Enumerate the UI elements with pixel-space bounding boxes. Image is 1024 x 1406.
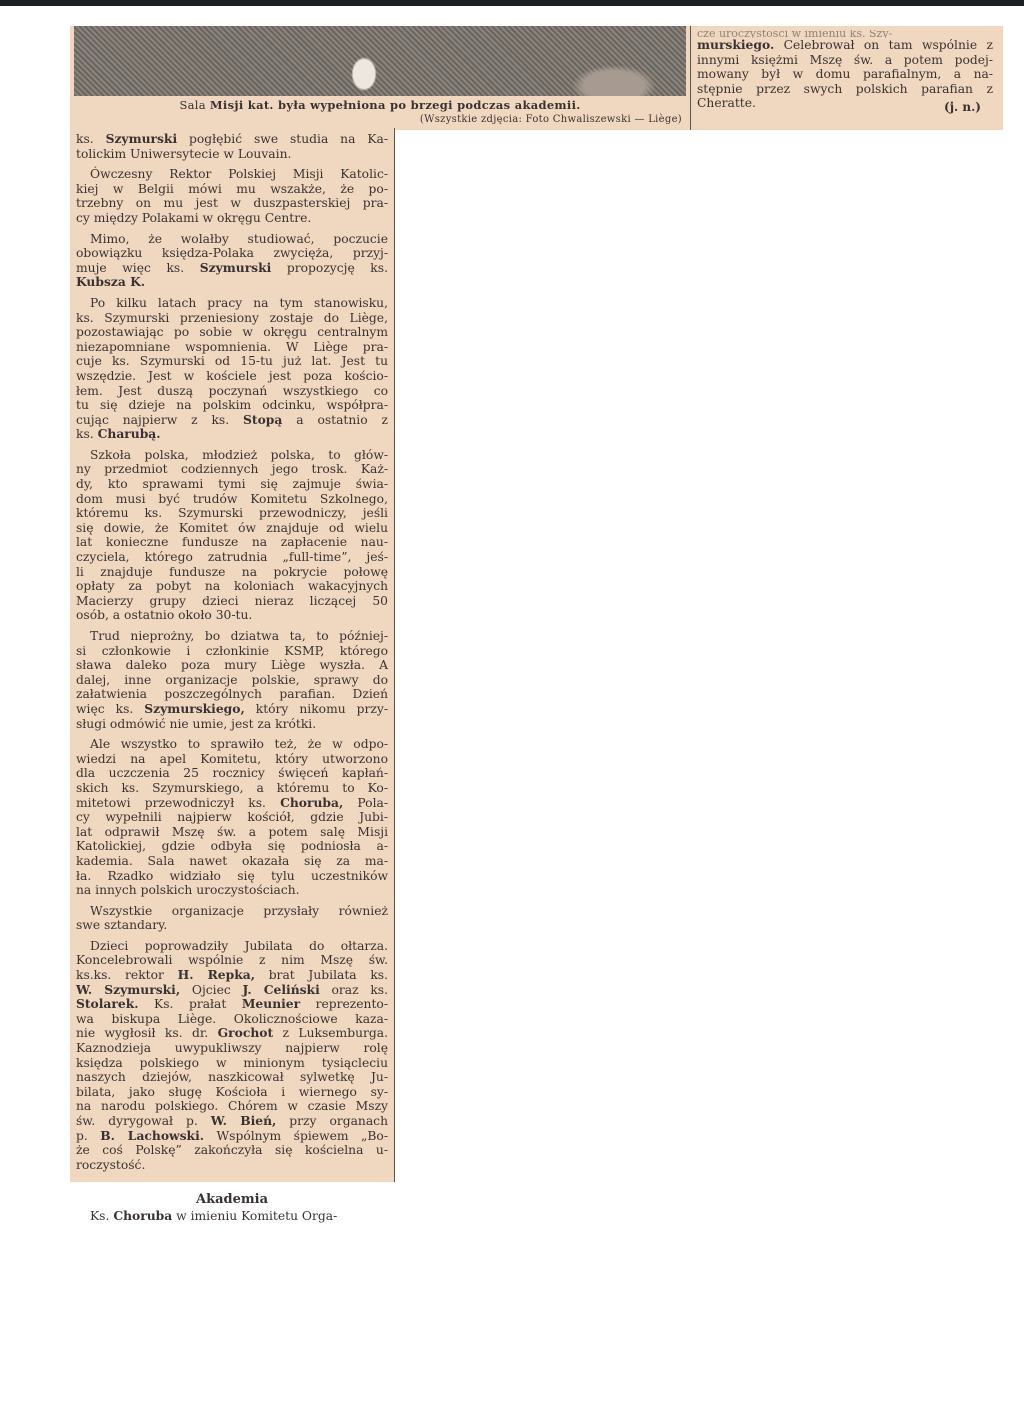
paragraph: Szkoła polska, młodzież polska, to głów-… [76,448,388,623]
text-line: innymi księżmi Mszę św. a potem podej- [697,53,993,68]
text-line: wszędzie. Jest w kościele jest poza kośc… [76,369,388,384]
text-line: si członkowie i członkinie KSMP, którego [76,644,388,659]
text-line: księdza polskiego w minionym tysiącleciu [76,1056,388,1071]
paragraph: ks. Szymurski pogłębić swe studia na Ka-… [76,132,388,161]
text-line: sława daleko poza mury Liège wyszła. A [76,658,388,673]
scanner-edge [0,0,1024,6]
text-line: mowany był w domu parafialnym, a na- [697,67,993,82]
section-heading: Akademia [76,1192,388,1207]
text-line: niezapomniane wspomnienia. W Liège pra- [76,340,388,355]
text-line: Szkoła polska, młodzież polska, to głów- [76,448,388,463]
right-column-clipping: cze uroczystości w imieniu ks. Szy- murs… [690,26,1003,130]
text-line: Katolickiej, gdzie odbyła się podniosła … [76,839,388,854]
paragraph: Trud nieprożny, bo dziatwa ta, to późnie… [76,629,388,731]
text-line: sługi odmówić nie umie, jest za krótki. [76,717,388,732]
text-line: ks. Szymurski pogłębić swe studia na Ka- [76,132,388,147]
text-line: trzebny on mu jest w duszpasterskiej pra… [76,196,388,211]
text-line: Ale wszystko to sprawiło też, że w odpo- [76,737,388,752]
paragraph: Ks. Choruba w imieniu Komitetu Orga- [76,1209,388,1224]
text-line: Macierzy grupy dzieci nieraz liczącej 50 [76,594,388,609]
text-line: opłaty za pobyt na koloniach wakacyjnych [76,579,388,594]
photo-clipping: Sala Misji kat. była wypełniona po brzeg… [70,26,691,130]
text-line: Po kilku latach pracy na tym stanowisku, [76,296,388,311]
main-column-clipping: ks. Szymurski pogłębić swe studia na Ka-… [70,128,395,1182]
text-line: pozostawiając po sobie w okręgu centraln… [76,325,388,340]
text-line: Dzieci poprowadziły Jubilata do ołtarza. [76,939,388,954]
text-line: dom musi być trudów Komitetu Szkolnego, [76,492,388,507]
photo-credit: (Wszystkie zdjęcia: Foto Chwaliszewski —… [420,114,682,125]
text-line: roczystość. [76,1158,388,1173]
text-line: lat konieczne fundusze na zapłacenie nau… [76,535,388,550]
text-line: swe sztandary. [76,918,388,933]
text-line: Trud nieprożny, bo dziatwa ta, to późnie… [76,629,388,644]
text-line: kiej w Belgii mówi mu wszakże, że po- [76,182,388,197]
text-line: muje więc ks. Szymurski propozycję ks. [76,261,388,276]
text-line: tolickim Uniwersytecie w Louvain. [76,147,388,162]
text-line: cy między Polakami w okręgu Centre. [76,211,388,226]
photo-caption: Sala Misji kat. była wypełniona po brzeg… [70,98,690,112]
text-line: p. B. Lachowski. Wspólnym śpiewem „Bo- [76,1129,388,1144]
text-line: mitetowi przewodniczył ks. Choruba, Pola… [76,796,388,811]
text-line: obowiązku księdza-Polaka zwycięża, przyj… [76,246,388,261]
text-line: Mimo, że wolałby studiować, poczucie [76,232,388,247]
text-line: na narodu polskiego. Chórem w czasie Msz… [76,1099,388,1114]
text-line: na innych polskich uroczystościach. [76,883,388,898]
paragraph: Ówczesny Rektor Polskiej Misji Katolic-k… [76,167,388,225]
text-line: Kaznodzieja uwypukliwszy najpierw rolę [76,1041,388,1056]
article-body: ks. Szymurski pogłębić swe studia na Ka-… [76,132,388,1230]
text-line: cuje ks. Szymurski od 15-tu już lat. Jes… [76,354,388,369]
right-column-text: cze uroczystości w imieniu ks. Szy- murs… [697,30,993,111]
text-line: wiedzi na apel Komitetu, który utworzono [76,752,388,767]
text-line: murskiego. Celebrował on tam wspólnie z [697,38,993,53]
text-line: ny przedmiot codziennych jego trosk. Każ… [76,462,388,477]
text-line: Stolarek. Ks. prałat Meunier reprezento- [76,997,388,1012]
text-line: wa biskupa Liège. Okolicznościowe kaza- [76,1012,388,1027]
photo-image [74,26,686,96]
text-line: W. Szymurski, Ojciec J. Celiński oraz ks… [76,983,388,998]
text-line: osób, a ostatnio około 30-tu. [76,608,388,623]
text-line: kademia. Sala nawet okazała się za ma- [76,854,388,869]
text-line: stępnie przez swych polskich parafian z [697,82,993,97]
author-signature: (j. n.) [944,100,981,114]
text-line: załatwienia poszczególnych parafian. Dzi… [76,687,388,702]
text-line: Ówczesny Rektor Polskiej Misji Katolic- [76,167,388,182]
text-line: że coś Polskę” zakończyła się kościelna … [76,1143,388,1158]
paragraph: Po kilku latach pracy na tym stanowisku,… [76,296,388,442]
text-line: bilata, jako sługę Kościoła i wiernego s… [76,1085,388,1100]
text-line: Ks. Choruba w imieniu Komitetu Orga- [76,1209,388,1224]
text-line: nie wygłosił ks. dr. Grochot z Luksembur… [76,1026,388,1041]
text-line: ks.ks. rektor H. Repka, brat Jubilata ks… [76,968,388,983]
text-line: dy, kto sprawami tymi się zajmuje świa- [76,477,388,492]
text-line: Koncelebrowali wspólnie z nim Mszę św. [76,953,388,968]
text-line: łem. Jest duszą poczynań wszystkiego co [76,384,388,399]
text-line: dla uczczenia 25 rocznicy święceń kapłań… [76,766,388,781]
text-line: czyciela, którego zatrudnia „full-time”,… [76,550,388,565]
paragraph: Ale wszystko to sprawiło też, że w odpo-… [76,737,388,898]
text-line: tu się dzieje na polskim odcinku, współp… [76,398,388,413]
text-line: li znajduje fundusze na pokrycie połowę [76,565,388,580]
text-line: św. dyrygował p. W. Bień, przy organach [76,1114,388,1129]
text-line: cując najpierw z ks. Stopą a ostatnio z [76,413,388,428]
text-line: lat odprawił Mszę św. a potem salę Misji [76,825,388,840]
paragraph: Dzieci poprowadziły Jubilata do ołtarza.… [76,939,388,1173]
text-line: ks. Charubą. [76,427,388,442]
text-line: skich ks. Szymurskiego, a któremu to Ko- [76,781,388,796]
text-line: dalej, inne organizacje polskie, sprawy … [76,673,388,688]
text-line: któremu ks. Szymurski przewodniczy, jeśl… [76,506,388,521]
text-line: więc ks. Szymurskiego, który nikomu przy… [76,702,388,717]
text-line: Kubsza K. [76,275,388,290]
text-line: ła. Rzadko widziało się tylu uczestników [76,869,388,884]
text-line: naszych dziejów, naszkicował sylwetkę Ju… [76,1070,388,1085]
text-line: cy wypełnili najpierw kościół, gdzie Jub… [76,810,388,825]
paragraph: Wszystkie organizacje przysłały równieżs… [76,904,388,933]
paragraph: Mimo, że wolałby studiować, poczucieobow… [76,232,388,290]
text-line: Wszystkie organizacje przysłały również [76,904,388,919]
text-line: się dowie, że Komitet ów znajduje od wie… [76,521,388,536]
text-line: ks. Szymurski przeniesiony zostaje do Li… [76,311,388,326]
